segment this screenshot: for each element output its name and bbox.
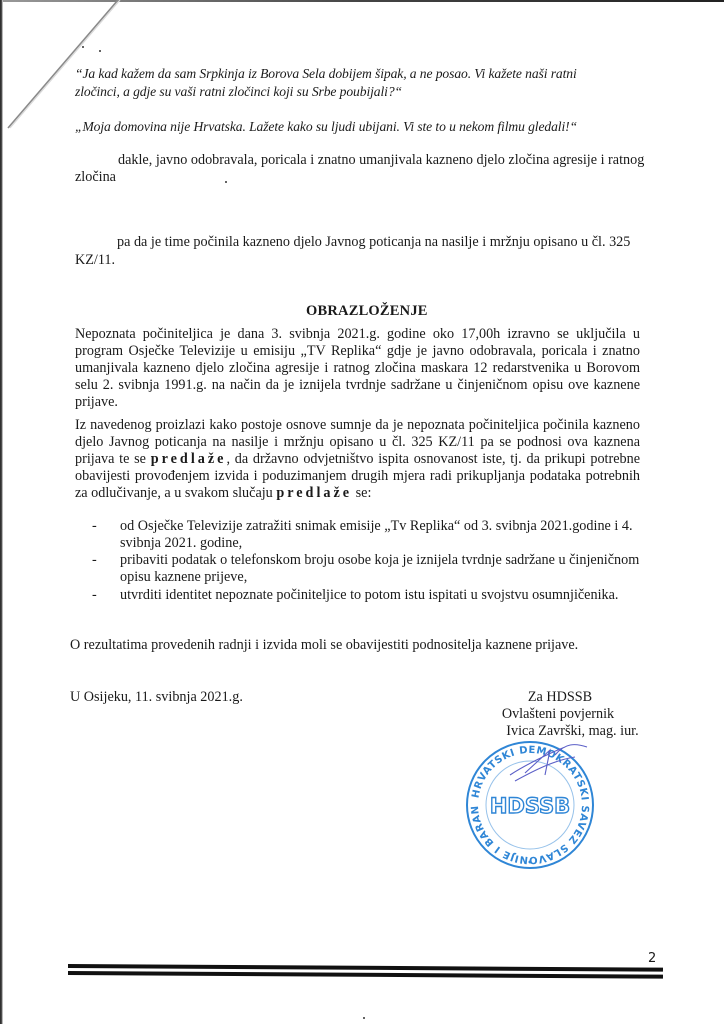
- list-item-text: od Osječke Televizije zatražiti snimak e…: [120, 518, 640, 552]
- place-and-date: U Osijeku, 11. svibnja 2021.g.: [70, 689, 243, 706]
- statement-2-line-2: KZ/11.: [75, 252, 115, 269]
- list-item: - pribaviti podatak o telefonskom broju …: [92, 552, 632, 586]
- list-bullet: -: [92, 518, 97, 535]
- page-number: 2: [648, 951, 656, 966]
- list-item-text: pribaviti podatak o telefonskom broju os…: [120, 552, 640, 586]
- hdssb-stamp: HRVATSKI DEMOKRATSKI SAVEZ SLAVONIJE I B…: [455, 735, 605, 875]
- paragraph-1: Nepoznata počiniteljica je dana 3. svibn…: [75, 326, 640, 411]
- footer-rule-bottom: [68, 971, 663, 979]
- paragraph-2: Iz navedenog proizlazi kako postoje osno…: [75, 417, 640, 502]
- emphasis-predlaze-2: predlaže: [276, 485, 352, 501]
- emphasis-predlaze-1: predlaže: [151, 451, 227, 467]
- list-item-text: utvrditi identitet nepoznate počinitelji…: [120, 587, 640, 604]
- quote-1-line-1: “Ja kad kažem da sam Srpkinja iz Borova …: [75, 65, 577, 82]
- list-item: - od Osječke Televizije zatražiti snimak…: [92, 518, 632, 552]
- scan-speck: [99, 50, 101, 52]
- signature-org: Za HDSSB: [505, 689, 615, 706]
- scan-speck: [225, 181, 227, 183]
- list-bullet: -: [92, 552, 97, 569]
- section-heading: OBRAZLOŽENJE: [306, 303, 428, 320]
- scan-speck: [82, 46, 84, 48]
- list-bullet: -: [92, 587, 97, 604]
- statement-1-line-1: dakle, javno odobravala, poricala i znat…: [118, 152, 644, 169]
- signature-title: Ovlašteni povjernik: [488, 706, 628, 723]
- footer-rule-top: [68, 964, 663, 972]
- quote-2: „Moja domovina nije Hrvatska. Lažete kak…: [75, 118, 577, 135]
- paragraph-2-part-3: se:: [352, 485, 371, 501]
- document-page: “Ja kad kažem da sam Srpkinja iz Borova …: [0, 0, 724, 1024]
- stamp-center-text: HDSSB: [490, 794, 570, 818]
- scan-speck: [363, 1017, 365, 1019]
- closing-sentence: O rezultatima provedenih radnji i izvida…: [70, 637, 578, 654]
- statement-1-line-2: zločina: [75, 169, 116, 186]
- stamp-dot: [529, 861, 532, 864]
- list-item: - utvrditi identitet nepoznate počinitel…: [92, 587, 632, 604]
- quote-1-line-2: zločinci, a gdje su vaši ratni zločinci …: [75, 83, 402, 100]
- statement-2-line-1: pa da je time počinila kazneno djelo Jav…: [117, 234, 630, 251]
